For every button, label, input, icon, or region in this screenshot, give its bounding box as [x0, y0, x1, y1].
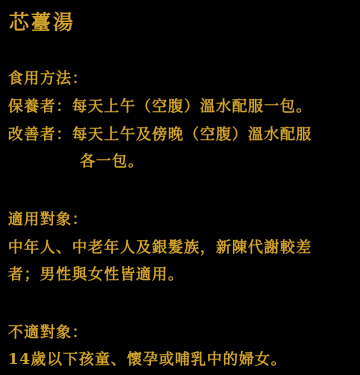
- usage-improvement-line: 改善者：每天上午及傍晚（空腹）溫水配服: [8, 124, 312, 144]
- usage-heading: 食用方法：: [8, 68, 88, 88]
- suitable-line-2: 者；男性與女性皆適用。: [8, 264, 184, 284]
- unsuitable-line-1: 14歲以下孩童、懷孕或哺乳中的婦女。: [8, 349, 287, 369]
- unsuitable-heading: 不適對象：: [8, 322, 88, 342]
- usage-maintenance-line: 保養者：每天上午（空腹）溫水配服一包。: [8, 96, 312, 116]
- product-title: 芯薹湯: [9, 9, 75, 35]
- suitable-line-1: 中年人、中老年人及銀髮族，新陳代謝較差: [8, 237, 312, 257]
- suitable-heading: 適用對象：: [8, 209, 88, 229]
- usage-improvement-line-cont: 各一包。: [80, 151, 144, 171]
